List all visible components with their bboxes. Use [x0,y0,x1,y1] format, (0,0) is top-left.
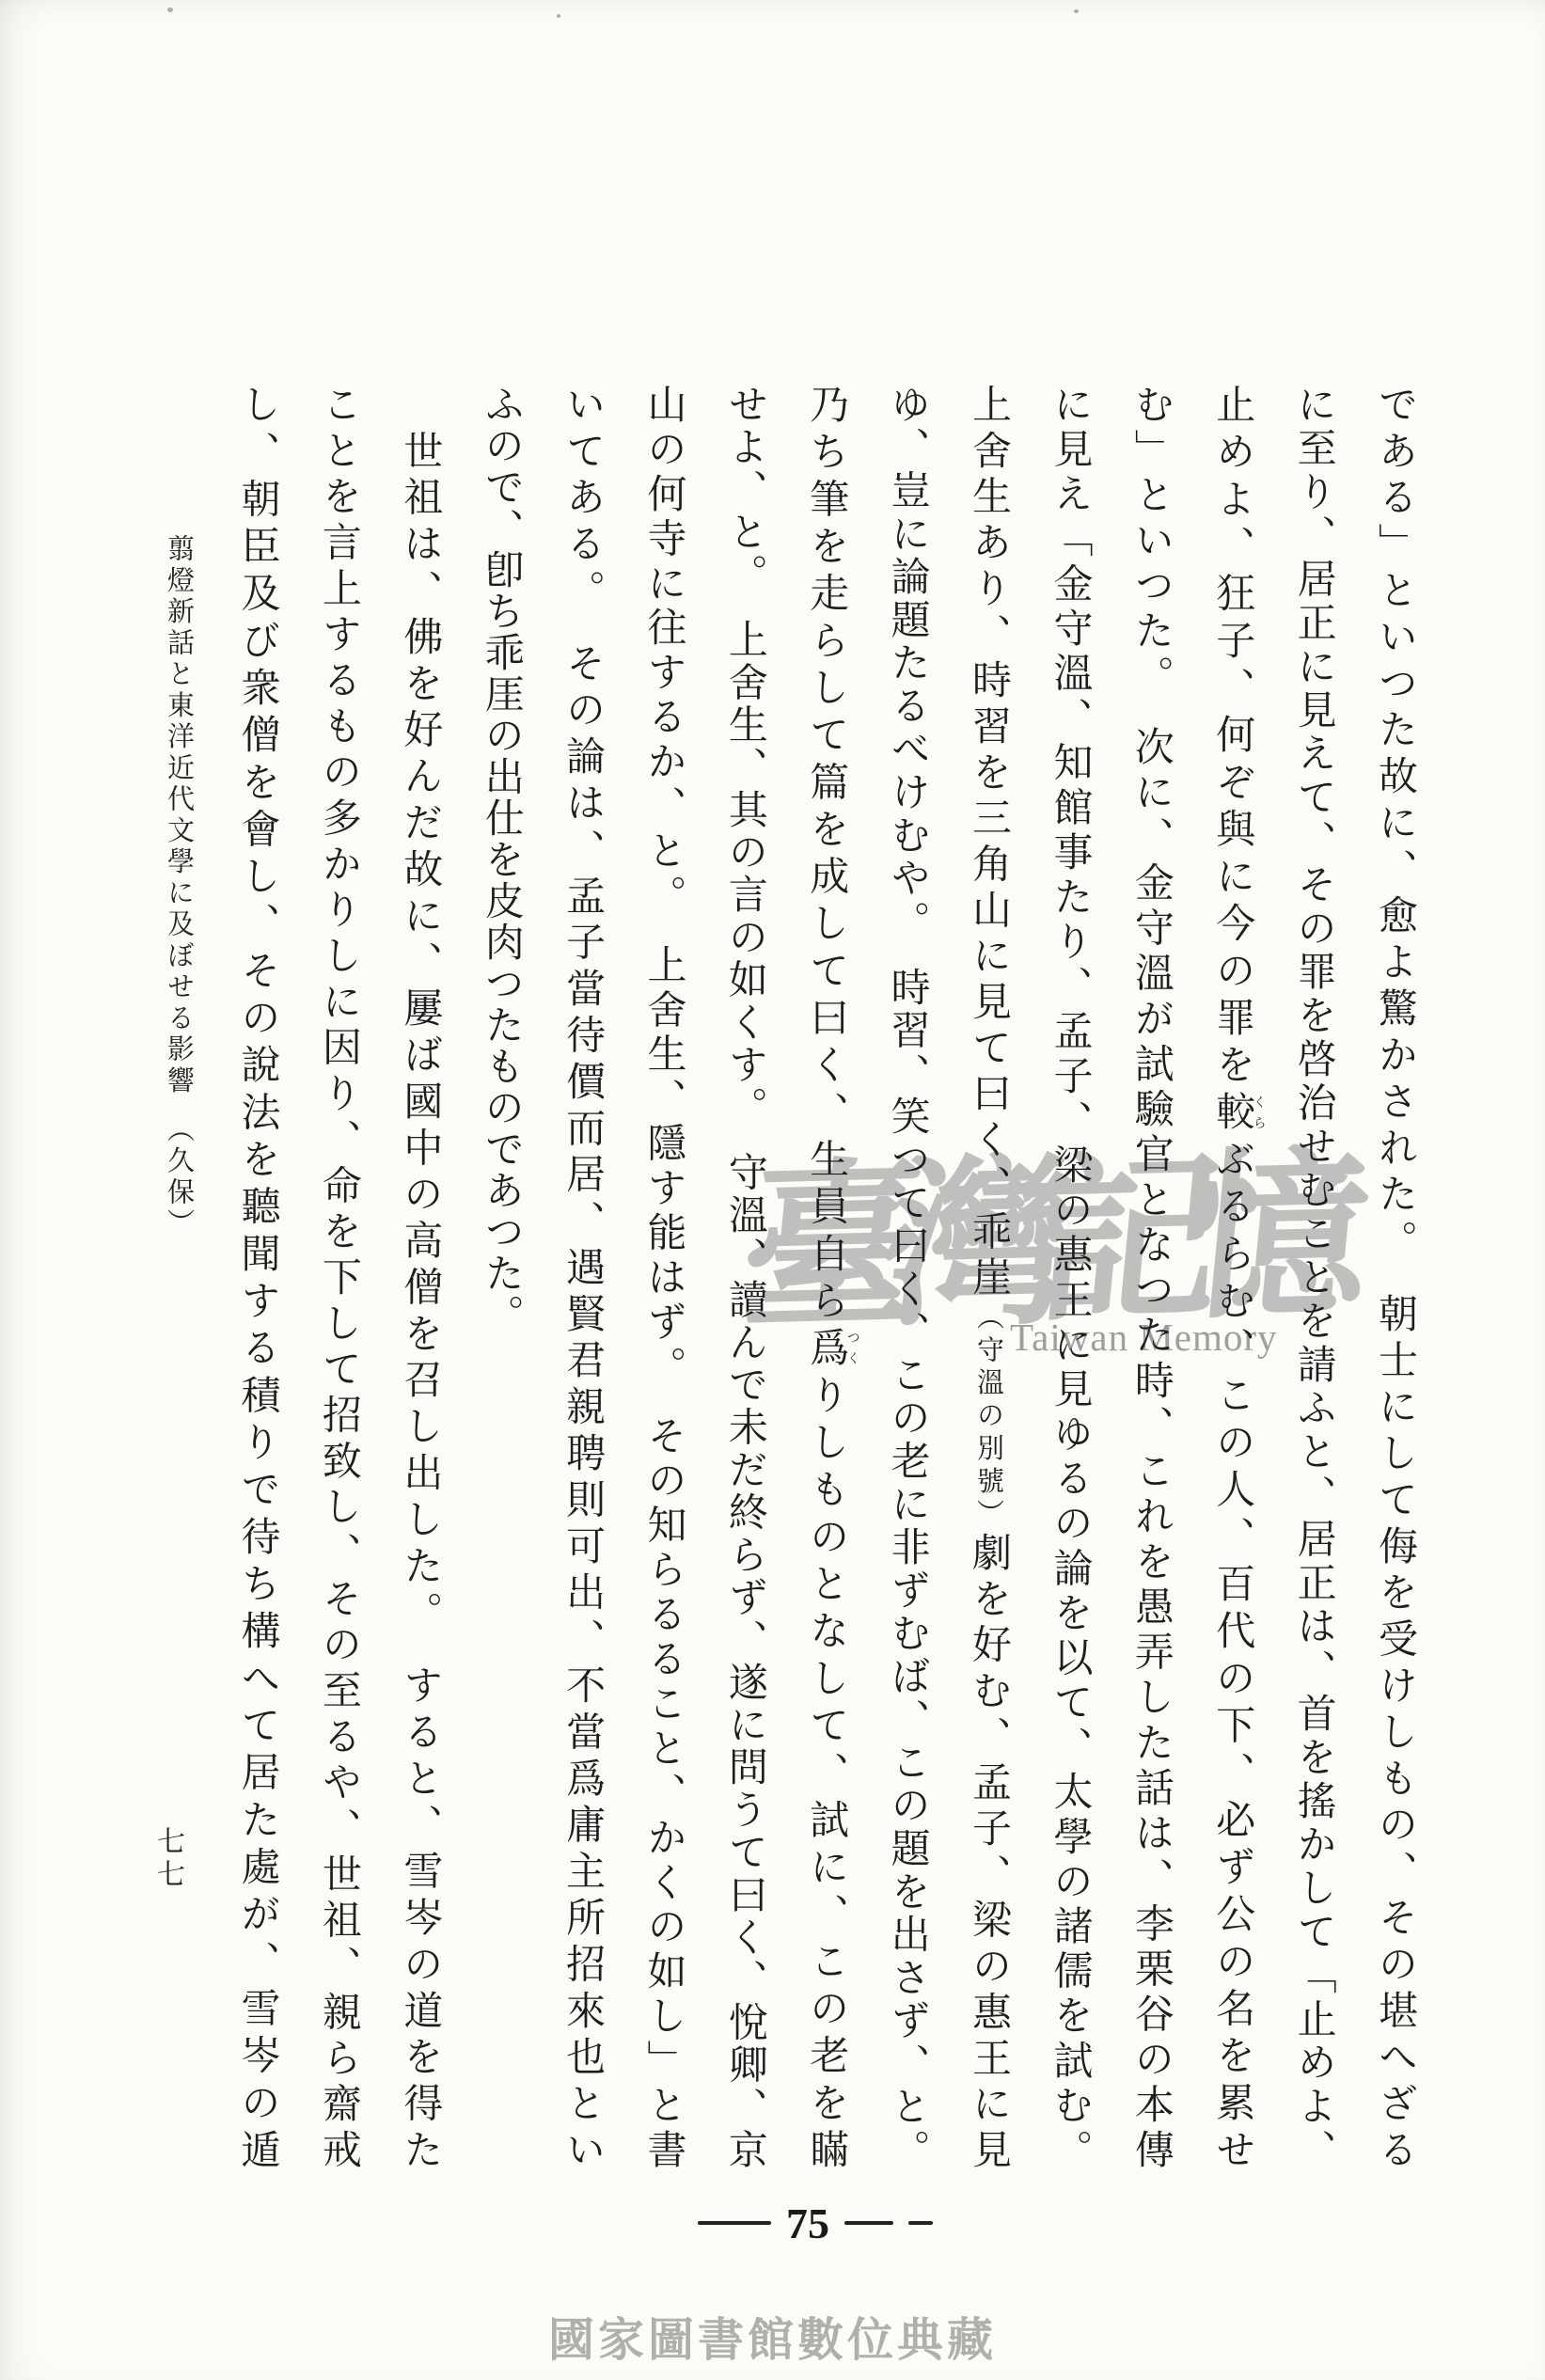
text-column: である」といつた故に、愈よ驚かされた。 朝士にして侮を受けしもの、その堪へざる [1354,384,1435,2170]
scan-speck [167,8,173,12]
text-column: せよ、と。 上舍生、其の言の如くす。 守溫、讀んで未だ終らず、遂に問うて曰く、悅… [703,384,784,2170]
text-column: に見え「金守溫、知館事たり、孟子、梁の惠王に見ゆるの論を以て、太學の諸儒を試む。 [1029,384,1110,2170]
text-column: に至り、居正に見えて、その罪を啓治せむことを請ふと、居正は、首を搖かして「止めよ… [1272,384,1353,2170]
text-column: いてある。 その論は、孟子當待價而居、遇賢君親聘則可出、不當爲庸主所招來也とい [542,384,623,2170]
text-column: 山の何寺に往するか、と。 上舍生、隱す能はず。 その知らるること、かくの如し」と… [623,384,703,2170]
running-title: 翦燈新話と東洋近代文學に及ぼせる影響 （久保） [160,534,198,1237]
text-column: 乃ち筆を走らして篇を成して曰く、生員自ら爲つくりしものとなして、試に、この老を瞞 [785,384,866,2170]
scan-speck [557,14,560,18]
inline-note: （守溫の別號） [973,1302,1003,1532]
text-column: ゆ、豈に論題たるべけむや。 時習、笑つて曰く、この老に非ずむば、この題を出さず、… [866,384,947,2170]
text-column: 止めよ、狂子、何ぞ與に今の罪を較くらぶるらむ、この人、百代の下、必ず公の名を累せ [1191,384,1272,2170]
footer-page-number: 75 [698,2195,933,2251]
page-number-kanji: 七七 [147,1826,188,1892]
footer-rule-right-short [908,2221,933,2225]
text-block: である」といつた故に、愈よ驚かされた。 朝士にして侮を受けしもの、その堪へざるに… [216,384,1435,2170]
scan-speck [1074,9,1079,13]
text-column: 上舍生あり、時習を三角山に見て曰く、乖崖（守溫の別號）劇を好む、孟子、梁の惠王に… [948,384,1029,2170]
text-column: ふので、卽ち乖厓の出仕を皮肉つたものであつた。 [460,384,541,2170]
footer-rule-left [698,2221,771,2225]
text-column: し、朝臣及び衆僧を會し、その說法を聽聞する積りで待ち構へて居た處が、雪岑の遁 [216,384,297,2170]
text-column: 世祖は、佛を好んだ故に、屢ば國中の高僧を召し出した。 すると、雪岑の道を得た [379,384,460,2170]
archive-footer: 國家圖書館數位典藏 [0,2304,1545,2370]
footer-rule-right [844,2221,893,2225]
text-column: ことを言上するもの多かりしに因り、命を下して招致し、その至るや、世祖、親ら齋戒 [298,384,379,2170]
text-column: む」といつた。 次に、金守溫が試驗官となつた時、これを愚弄した話は、李栗谷の本傳 [1110,384,1190,2170]
page-number-arabic: 75 [786,2199,829,2248]
scan-page: { "page": { "header": { "running_title":… [0,0,1545,2380]
